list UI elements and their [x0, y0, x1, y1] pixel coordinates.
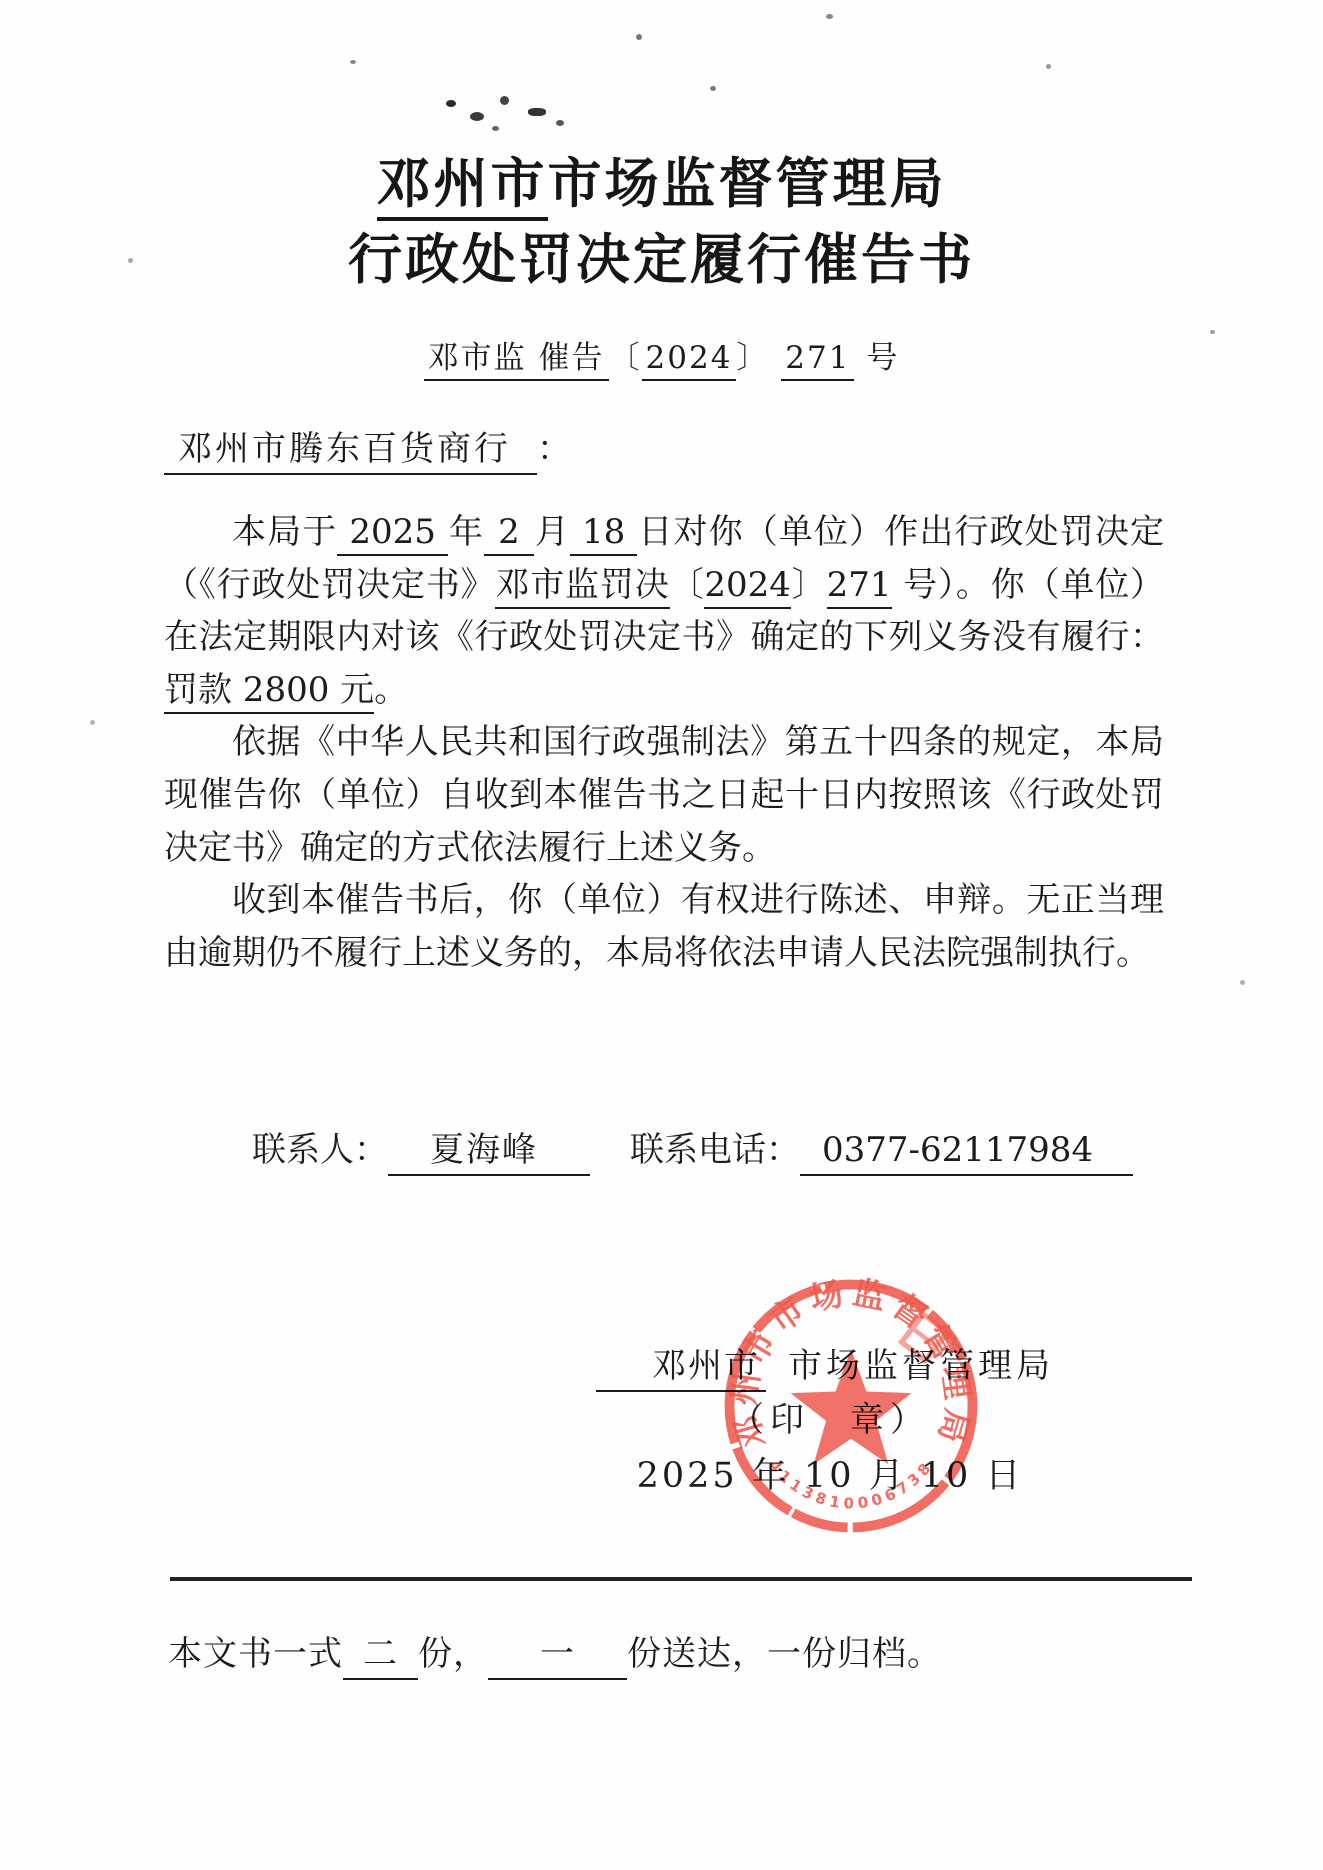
- document-title: 邓州市市场监督管理局 行政处罚决定履行催告书: [0, 146, 1323, 298]
- title-line2: 行政处罚决定履行催告书: [0, 222, 1323, 298]
- decision-month-blank: 2: [484, 512, 534, 556]
- decision-year-blank: 2025: [337, 512, 448, 556]
- doc-number-serial: 271: [781, 340, 854, 381]
- official-seal: 邓州市市场监督管理局 4113810006738: [718, 1273, 984, 1539]
- addressee-colon: ：: [537, 429, 571, 469]
- seal-code: 4113810006738: [765, 1457, 937, 1513]
- contact-phone-label: 联系电话：: [630, 1130, 800, 1170]
- obligation-text: 罚款 2800 元: [164, 670, 374, 714]
- contact-person: 夏海峰: [388, 1130, 590, 1176]
- case-number-prefix: 邓市监罚决: [495, 565, 669, 609]
- official-seal-graphic: 邓州市市场监督管理局 4113810006738: [718, 1273, 984, 1539]
- footer-text-1: 本文书一式: [168, 1634, 343, 1674]
- footer-text-3: 份送达，一份归档。: [627, 1634, 942, 1674]
- title-agency-rest: 市场监督管理局: [548, 152, 947, 215]
- contact-phone: 0377-62117984: [800, 1130, 1133, 1176]
- footer-text-2: 份，: [418, 1634, 488, 1674]
- case-number-serial: 271: [827, 565, 892, 609]
- case-number-year: 2024: [704, 565, 791, 609]
- paragraph-2: 依据《中华人民共和国行政强制法》第五十四条的规定，本局现催告你（单位）自收到本催…: [164, 716, 1164, 874]
- footer-copies-blank: 二: [343, 1634, 418, 1680]
- footer-divider: [170, 1577, 1192, 1581]
- doc-number-suffix: 号: [866, 340, 899, 376]
- doc-number: 邓市监 催告〔2024〕 271 号: [0, 332, 1323, 377]
- doc-number-bracket-close: 〕: [736, 340, 769, 376]
- seal-code-text-path: 4113810006738: [765, 1457, 937, 1513]
- paragraph-1: 本局于2025年2月18日对你（单位）作出行政处罚决定（《行政处罚决定书》邓市监…: [164, 506, 1164, 716]
- title-agency-city: 邓州市: [377, 152, 548, 221]
- doc-number-agency: 邓市监 催告: [424, 340, 609, 381]
- title-line1: 邓州市市场监督管理局: [0, 146, 1323, 222]
- body-text: 本局于2025年2月18日对你（单位）作出行政处罚决定（《行政处罚决定书》邓市监…: [164, 506, 1164, 979]
- doc-number-year: 2024: [642, 340, 737, 381]
- addressee-name: 邓州市腾东百货商行: [164, 429, 537, 475]
- distribution-footer: 本文书一式二份，一份送达，一份归档。: [168, 1626, 942, 1675]
- paragraph-3: 收到本催告书后，你（单位）有权进行陈述、申辩。无正当理由逾期仍不履行上述义务的，…: [164, 874, 1164, 979]
- decision-day-blank: 18: [570, 512, 637, 556]
- addressee-line: 邓州市腾东百货商行：: [164, 421, 571, 470]
- seal-star: [791, 1349, 912, 1464]
- footer-served-blank: 一: [488, 1634, 627, 1680]
- doc-number-bracket-open: 〔: [609, 340, 642, 376]
- document-page: 邓州市市场监督管理局 行政处罚决定履行催告书 邓市监 催告〔2024〕 271 …: [0, 0, 1323, 1870]
- contact-person-label: 联系人：: [252, 1130, 388, 1170]
- contact-line: 联系人：夏海峰联系电话：0377-62117984: [252, 1122, 1133, 1171]
